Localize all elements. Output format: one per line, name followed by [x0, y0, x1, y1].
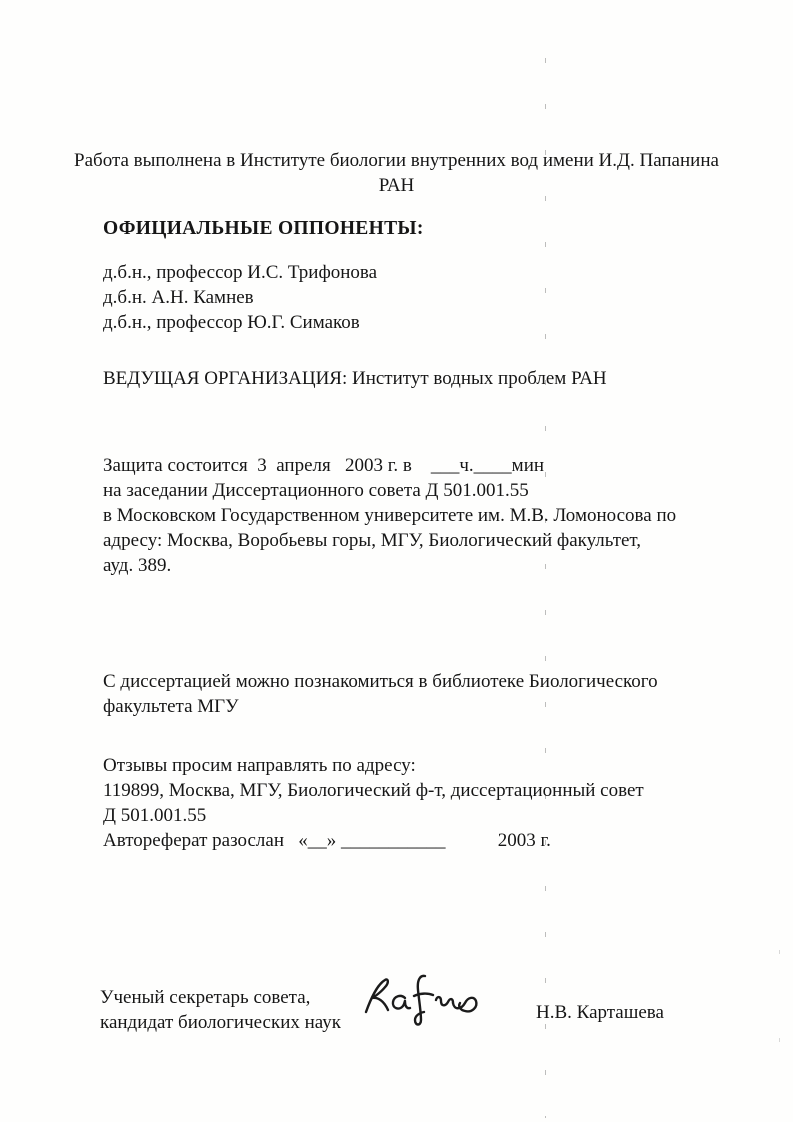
opponents-heading-text: ОФИЦИАЛЬНЫЕ ОППОНЕНТЫ: [103, 216, 424, 241]
leading-organization-text: ВЕДУЩАЯ ОРГАНИЗАЦИЯ: Институт водных про… [103, 366, 607, 391]
scanned-document-page: Работа выполнена в Институте биологии вн… [0, 0, 793, 1122]
feedback-line: Отзывы просим направлять по адресу: [103, 753, 644, 778]
opponent-item: д.б.н., профессор И.С. Трифонова [103, 260, 377, 285]
library-line: факультета МГУ [103, 694, 658, 719]
performed-at-paragraph: Работа выполнена в Институте биологии вн… [48, 148, 745, 198]
secretary-title-line-1: Ученый секретарь совета, [100, 985, 341, 1010]
defense-paragraph: Защита состоится 3 апреля 2003 г. в ___ч… [103, 453, 676, 578]
defense-line: ауд. 389. [103, 553, 676, 578]
defense-line: в Московском Государственном университет… [103, 503, 676, 528]
secretary-title: Ученый секретарь совета, кандидат биолог… [100, 985, 341, 1035]
defense-line: Защита состоится 3 апреля 2003 г. в ___ч… [103, 453, 676, 478]
library-paragraph: С диссертацией можно познакомиться в биб… [103, 669, 658, 719]
secretary-title-line-2: кандидат биологических наук [100, 1010, 341, 1035]
feedback-line: 119899, Москва, МГУ, Биологический ф-т, … [103, 778, 644, 803]
library-line: С диссертацией можно познакомиться в биб… [103, 669, 658, 694]
performed-at-line-2: РАН [48, 173, 745, 198]
performed-at-line-1: Работа выполнена в Институте биологии вн… [48, 148, 745, 173]
scan-crease-line [545, 58, 546, 1118]
handwritten-signature-icon [362, 968, 482, 1030]
feedback-line: Автореферат разослан «__» ___________ 20… [103, 828, 644, 853]
secretary-name: Н.В. Карташева [536, 1000, 664, 1025]
defense-line: на заседании Диссертационного совета Д 5… [103, 478, 676, 503]
defense-line: адресу: Москва, Воробьевы горы, МГУ, Био… [103, 528, 676, 553]
opponents-list: д.б.н., профессор И.С. Трифонова д.б.н. … [103, 260, 377, 335]
opponent-item: д.б.н., профессор Ю.Г. Симаков [103, 310, 377, 335]
feedback-paragraph: Отзывы просим направлять по адресу: 1198… [103, 753, 644, 853]
secretary-name-text: Н.В. Карташева [536, 1000, 664, 1025]
scan-edge-artifact [779, 950, 780, 1120]
leading-organization: ВЕДУЩАЯ ОРГАНИЗАЦИЯ: Институт водных про… [103, 366, 607, 391]
opponent-item: д.б.н. А.Н. Камнев [103, 285, 377, 310]
opponents-heading: ОФИЦИАЛЬНЫЕ ОППОНЕНТЫ: [103, 216, 424, 241]
feedback-line: Д 501.001.55 [103, 803, 644, 828]
